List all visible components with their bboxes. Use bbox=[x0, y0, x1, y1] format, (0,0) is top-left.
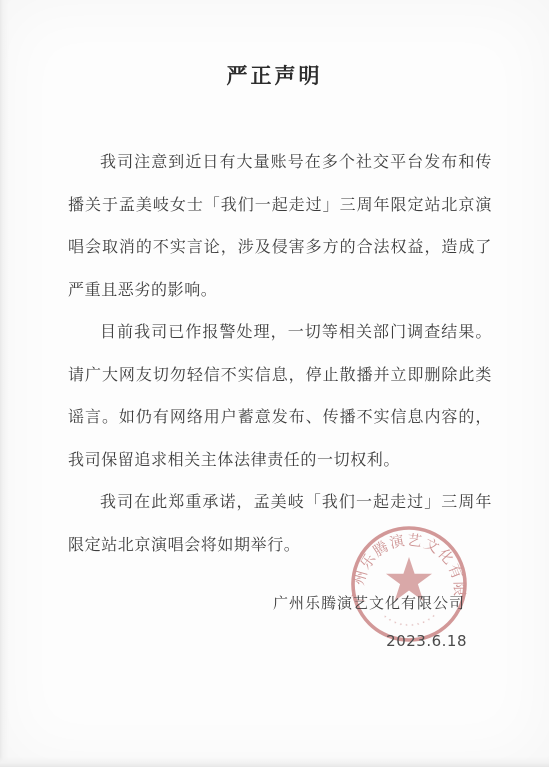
company-name: 广州乐腾演艺文化有限公司 bbox=[273, 592, 465, 613]
photo-bottom-edge-shadow bbox=[0, 757, 549, 767]
statement-title: 严正声明 bbox=[0, 60, 549, 90]
statement-paragraph: 我司注意到近日有大量账号在多个社交平台发布和传播关于孟美岐女士「我们一起走过」三… bbox=[68, 141, 492, 311]
company-seal-stamp: 广州乐腾演艺文化有限公司 * * * * * * * * * * * * bbox=[347, 522, 471, 646]
statement-date: 2023.6.18 bbox=[386, 632, 467, 650]
statement-body: 我司注意到近日有大量账号在多个社交平台发布和传播关于孟美岐女士「我们一起走过」三… bbox=[68, 141, 492, 566]
statement-paragraph: 目前我司已作报警处理，一切等相关部门调查结果。请广大网友切勿轻信不实信息，停止散… bbox=[68, 311, 492, 481]
statement-document: 严正声明 我司注意到近日有大量账号在多个社交平台发布和传播关于孟美岐女士「我们一… bbox=[0, 0, 549, 767]
photo-left-edge-shadow bbox=[0, 0, 9, 767]
